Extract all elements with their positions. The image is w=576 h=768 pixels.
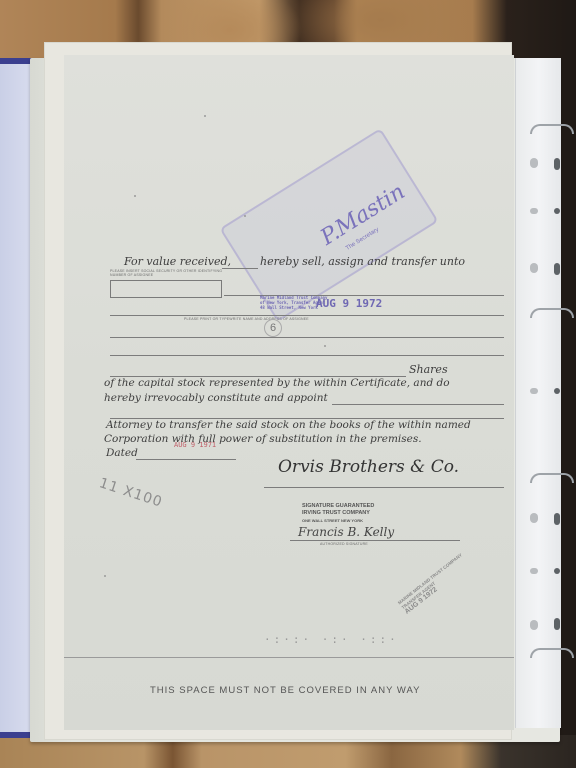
pencil-note: 11 X100 xyxy=(97,475,164,510)
signature-line xyxy=(264,487,504,488)
handwritten-number: 6 xyxy=(264,319,282,337)
guarantor-signature: Francis B. Kelly xyxy=(298,525,394,539)
body-line-2: hereby irrevocably constitute and appoin… xyxy=(104,392,328,404)
body-line-1: of the capital stock represented by the … xyxy=(104,377,450,389)
body-line-4: Corporation with full power of substitut… xyxy=(104,433,422,445)
perforation-marks: ·:·:· ·:· ·::· xyxy=(264,633,399,646)
guarantor-title: Authorized Signature xyxy=(320,542,368,546)
secretary-stamp: P.Mastin The Secretary xyxy=(219,128,438,322)
corner-stamp-line2: Transfer Agent xyxy=(401,557,468,611)
body-line-3: Attorney to transfer the said stock on t… xyxy=(106,419,471,431)
transfer-stamp-date: AUG 9 1972 xyxy=(316,297,382,310)
assignee-line-3 xyxy=(110,337,504,338)
dated-line xyxy=(136,459,236,460)
seller-signature: Orvis Brothers & Co. xyxy=(278,457,459,477)
footer-notice: THIS SPACE MUST NOT BE COVERED IN ANY WA… xyxy=(150,685,420,696)
footer-rule xyxy=(64,657,514,658)
print-caption: Please print or typewrite name and addre… xyxy=(184,317,309,321)
binder-ring-2 xyxy=(530,308,574,318)
appoint-line xyxy=(332,404,504,405)
ssn-box xyxy=(110,280,222,298)
guarantee-label: Signature Guaranteed xyxy=(302,503,374,510)
binder-ring-1 xyxy=(530,124,574,134)
guarantee-address: One Wall Street New York xyxy=(302,517,374,524)
signature-guarantee: Signature Guaranteed Irving Trust Compan… xyxy=(302,503,374,524)
hereby-sell-text: hereby sell, assign and transfer unto xyxy=(260,255,465,268)
dated-stamp: AUG 9 1971 xyxy=(174,441,216,449)
corner-transfer-stamp: Marine Midland Trust Company Transfer Ag… xyxy=(397,552,471,615)
assignee-line-4 xyxy=(110,355,504,356)
guarantor-line xyxy=(290,540,460,541)
dated-label: Dated xyxy=(106,447,138,459)
ssn-caption: Please insert social security or other i… xyxy=(110,269,230,277)
assignee-line-2 xyxy=(110,315,504,316)
stock-certificate-back: P.Mastin The Secretary For value receive… xyxy=(64,55,514,730)
binder-ring-strip xyxy=(515,58,561,728)
binder-ring-4 xyxy=(530,648,574,658)
guarantee-bank: Irving Trust Company xyxy=(302,510,374,517)
shares-label: Shares xyxy=(409,363,448,376)
for-value-received-text: For value received, xyxy=(124,255,231,268)
binder-ring-3 xyxy=(530,473,574,483)
